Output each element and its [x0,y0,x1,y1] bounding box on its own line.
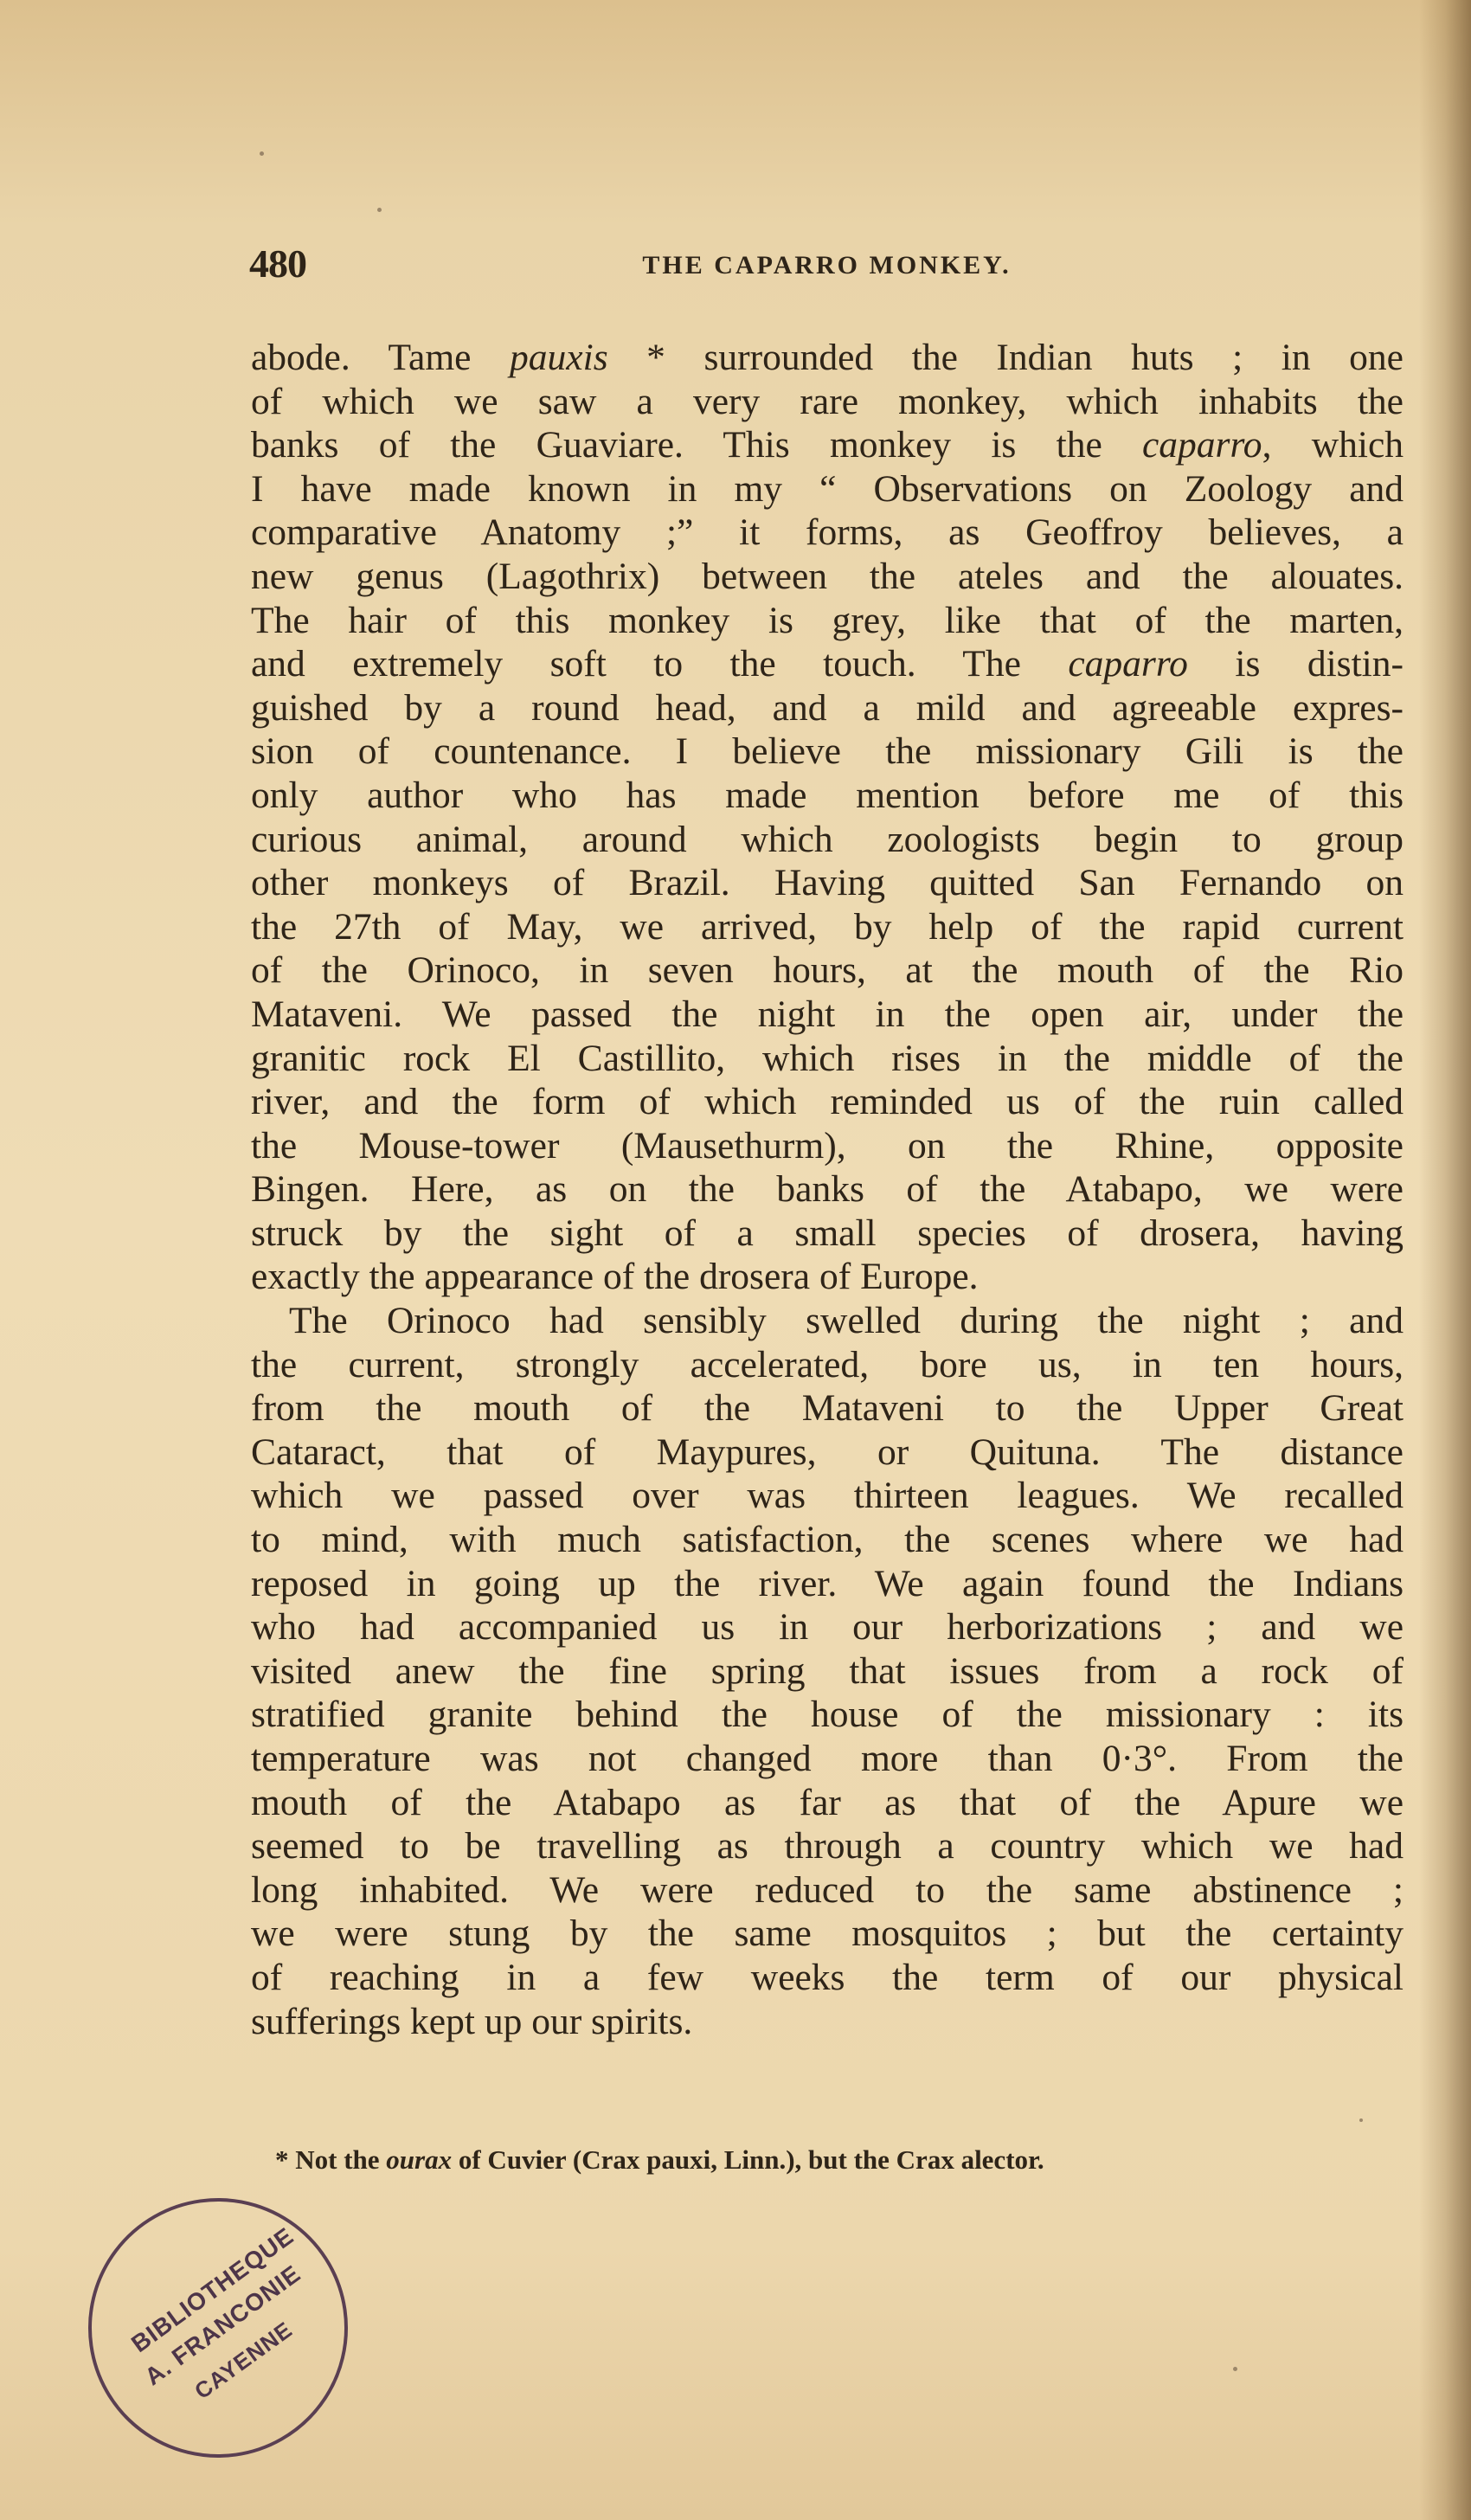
text-segment: sufferings kept up our spirits. [251,2001,692,2042]
text-segment: the Mouse-tower (Mausethurm), on the Rhi… [251,1125,1404,1167]
text-line: only author who has made mention before … [251,774,1404,818]
text-line: reposed in going up the river. We again … [251,1562,1404,1606]
text-line: we were stung by the same mosquitos ; bu… [251,1912,1404,1956]
text-line: abode. Tame pauxis * surrounded the Indi… [251,336,1404,380]
text-line: curious animal, around which zoologists … [251,818,1404,862]
text-segment: of the Orinoco, in seven hours, at the m… [251,949,1404,991]
italic-term: pauxis [510,337,608,378]
text-line: banks of the Guaviare. This monkey is th… [251,423,1404,467]
text-line: struck by the sight of a small species o… [251,1212,1404,1256]
text-segment: who had accompanied us in our herborizat… [251,1606,1404,1648]
text-line: sufferings kept up our spirits. [251,2000,1404,2044]
text-line: comparative Anatomy ;” it forms, as Geof… [251,511,1404,555]
text-line: other monkeys of Brazil. Having quitted … [251,861,1404,905]
text-segment: guished by a round head, and a mild and … [251,687,1404,729]
text-segment: is distin- [1188,643,1404,685]
text-segment: visited anew the fine spring that issues… [251,1650,1404,1692]
text-segment: stratified granite behind the house of t… [251,1694,1404,1735]
text-line: the 27th of May, we arrived, by help of … [251,905,1404,949]
text-segment: which we passed over was thirteen league… [251,1475,1404,1516]
footnote-marker: * [275,2144,289,2175]
text-segment: Cataract, that of Maypures, or Quituna. … [251,1431,1404,1473]
text-segment: the 27th of May, we arrived, by help of … [251,906,1404,948]
text-line: to mind, with much satisfaction, the sce… [251,1518,1404,1562]
text-line: of which we saw a very rare monkey, whic… [251,380,1404,424]
paper-speck [260,151,264,156]
text-segment: the current, strongly accelerated, bore … [251,1344,1404,1385]
text-line: The hair of this monkey is grey, like th… [251,599,1404,643]
text-segment: comparative Anatomy ;” it forms, as Geof… [251,511,1404,553]
text-line: sion of countenance. I believe the missi… [251,730,1404,774]
text-line: temperature was not changed more than 0·… [251,1737,1404,1781]
text-segment: I have made known in my “ Observations o… [251,468,1404,510]
text-line: new genus (Lagothrix) between the ateles… [251,555,1404,599]
text-line: long inhabited. We were reduced to the s… [251,1868,1404,1912]
text-line: who had accompanied us in our herborizat… [251,1605,1404,1649]
text-line: visited anew the fine spring that issues… [251,1649,1404,1694]
text-line: Cataract, that of Maypures, or Quituna. … [251,1430,1404,1475]
text-segment: of reaching in a few weeks the term of o… [251,1957,1404,1998]
text-line: granitic rock El Castillito, which rises… [251,1037,1404,1081]
text-line: from the mouth of the Mataveni to the Up… [251,1386,1404,1430]
text-line: the Mouse-tower (Mausethurm), on the Rhi… [251,1124,1404,1168]
text-segment: long inhabited. We were reduced to the s… [251,1869,1404,1911]
text-segment: only author who has made mention before … [251,775,1404,816]
text-segment: * surrounded the Indian huts ; in one [608,337,1404,378]
text-line: of reaching in a few weeks the term of o… [251,1956,1404,2000]
text-line: river, and the form of which reminded us… [251,1080,1404,1124]
text-segment: from the mouth of the Mataveni to the Up… [251,1387,1404,1429]
text-segment: The Orinoco had sensibly swelled during … [289,1300,1404,1341]
text-segment: banks of the Guaviare. This monkey is th… [251,424,1142,466]
text-segment: new genus (Lagothrix) between the ateles… [251,556,1404,597]
paper-speck [1233,2367,1237,2371]
text-segment: seemed to be travelling as through a cou… [251,1825,1404,1867]
text-line: Bingen. Here, as on the banks of the Ata… [251,1167,1404,1212]
text-line: and extremely soft to the touch. The cap… [251,642,1404,686]
text-segment: struck by the sight of a small species o… [251,1212,1404,1254]
book-page: 480 THE CAPARRO MONKEY. abode. Tame paux… [0,0,1471,2520]
running-head-title: THE CAPARRO MONKEY. [249,251,1404,280]
text-segment: reposed in going up the river. We again … [251,1563,1404,1604]
text-segment: The hair of this monkey is grey, like th… [251,600,1404,641]
italic-term: caparro [1068,643,1188,685]
paper-speck [377,208,382,212]
text-segment: and extremely soft to the touch. The [251,643,1068,685]
text-line: which we passed over was thirteen league… [251,1474,1404,1518]
text-segment: curious animal, around which zoologists … [251,819,1404,860]
text-segment: , which [1262,424,1404,466]
text-segment: exactly the appearance of the drosera of… [251,1256,979,1297]
text-segment: abode. Tame [251,337,510,378]
text-segment: we were stung by the same mosquitos ; bu… [251,1912,1404,1954]
text-segment: river, and the form of which reminded us… [251,1081,1404,1122]
text-line: of the Orinoco, in seven hours, at the m… [251,948,1404,993]
paper-speck [1359,2118,1363,2122]
text-line: mouth of the Atabapo as far as that of t… [251,1781,1404,1825]
text-segment: granitic rock El Castillito, which rises… [251,1038,1404,1079]
footnote: * Not the ourax of Cuvier (Crax pauxi, L… [275,2144,1400,2176]
text-line: seemed to be travelling as through a cou… [251,1824,1404,1868]
footnote-text-post: of Cuvier (Crax pauxi, Linn.), but the C… [452,2144,1044,2175]
text-segment: Bingen. Here, as on the banks of the Ata… [251,1168,1404,1210]
text-segment: mouth of the Atabapo as far as that of t… [251,1782,1404,1823]
text-line: guished by a round head, and a mild and … [251,686,1404,730]
text-segment: Mataveni. We passed the night in the ope… [251,993,1404,1035]
library-stamp: BIBLIOTHEQUE A. FRANCONIE CAYENNE [72,2182,365,2475]
text-segment: sion of countenance. I believe the missi… [251,730,1404,772]
footnote-text-italic: ourax [386,2144,452,2175]
text-line: Mataveni. We passed the night in the ope… [251,993,1404,1037]
text-segment: to mind, with much satisfaction, the sce… [251,1519,1404,1560]
text-line: exactly the appearance of the drosera of… [251,1255,1404,1299]
text-segment: of which we saw a very rare monkey, whic… [251,381,1404,422]
text-segment: other monkeys of Brazil. Having quitted … [251,862,1404,903]
footnote-text-pre: Not the [289,2144,387,2175]
italic-term: caparro [1142,424,1262,466]
body-text: abode. Tame pauxis * surrounded the Indi… [251,336,1404,2043]
text-line: stratified granite behind the house of t… [251,1693,1404,1737]
text-segment: temperature was not changed more than 0·… [251,1738,1404,1779]
text-line: I have made known in my “ Observations o… [251,467,1404,511]
running-head: 480 THE CAPARRO MONKEY. [249,241,1404,292]
text-line: The Orinoco had sensibly swelled during … [251,1299,1404,1343]
text-line: the current, strongly accelerated, bore … [251,1343,1404,1387]
